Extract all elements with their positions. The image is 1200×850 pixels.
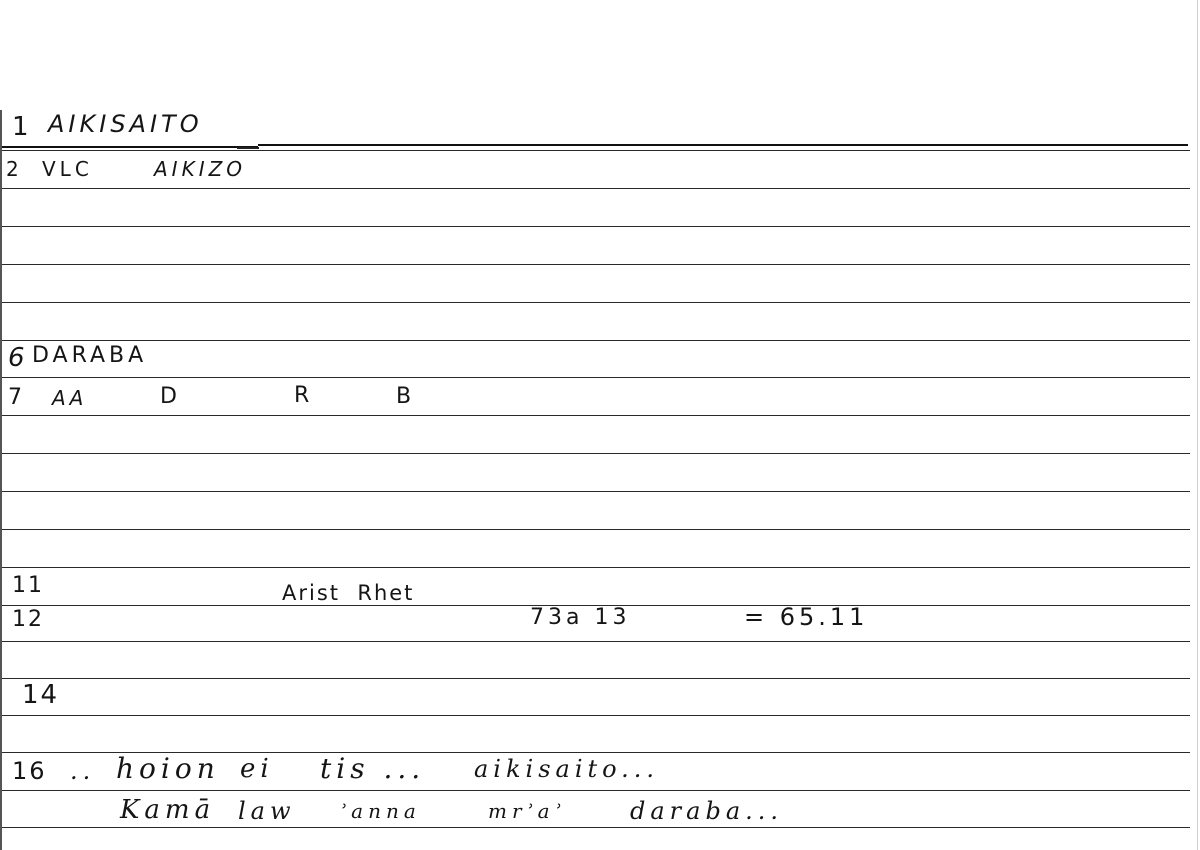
rule-line — [2, 377, 1190, 378]
card-left-edge — [0, 110, 2, 850]
index-card: 1 AIKISAITO 2 VLC AIKIZO 6 DARABA 7 AA D… — [0, 0, 1200, 850]
translation-word: law — [238, 797, 296, 825]
rule-line — [2, 491, 1190, 492]
pen-stroke — [237, 147, 259, 149]
rule-line — [2, 715, 1190, 716]
rule-line — [2, 188, 1190, 189]
rule-line — [2, 415, 1190, 416]
reference-source: Arist Rhet — [282, 581, 414, 605]
equivalence: = 65.11 — [744, 603, 868, 631]
rule-line — [2, 529, 1190, 530]
rule-line-heavy — [258, 144, 1188, 146]
translation-word: mrʾaʾ — [488, 799, 566, 823]
rule-line — [2, 790, 1190, 791]
quote-word: .. — [70, 757, 95, 785]
rule-line — [2, 827, 1190, 828]
word-form: AIKIZO — [154, 157, 246, 181]
siglum: AA — [52, 386, 87, 410]
rule-line — [2, 453, 1190, 454]
citation: 73a 13 — [530, 605, 630, 630]
line-number: 11 — [12, 573, 44, 598]
quote-word: aikisaito... — [474, 755, 659, 783]
line-number: 2 — [6, 157, 21, 181]
quote-word: tis ... — [320, 752, 425, 785]
line-number: 1 — [12, 112, 31, 142]
source-abbrev: VLC — [42, 157, 93, 181]
rule-line — [2, 678, 1190, 679]
rule-line — [2, 264, 1190, 265]
line-number: 14 — [22, 680, 59, 710]
rule-line — [2, 226, 1190, 227]
translation-word: ʾanna — [340, 799, 421, 823]
line-number: 16 — [12, 757, 47, 785]
siglum: B — [396, 384, 415, 409]
line-number: 7 — [8, 385, 24, 410]
translation-word: daraba... — [630, 797, 783, 825]
translation-word: Kamā — [120, 795, 215, 825]
rule-line — [2, 146, 258, 148]
quote-word: ei — [240, 754, 274, 784]
rule-line — [2, 340, 1190, 341]
rule-line — [2, 302, 1190, 303]
rule-line — [2, 150, 1190, 151]
line-number: 12 — [12, 607, 44, 632]
siglum: D — [160, 384, 181, 409]
quote-word: hoion — [116, 752, 220, 785]
card-right-edge — [1197, 0, 1198, 850]
headword: DARABA — [32, 343, 147, 368]
rule-line — [2, 641, 1190, 642]
headword: AIKISAITO — [48, 110, 203, 138]
rule-line — [2, 567, 1190, 568]
siglum: R — [294, 383, 313, 408]
line-number: 6 — [8, 343, 27, 373]
